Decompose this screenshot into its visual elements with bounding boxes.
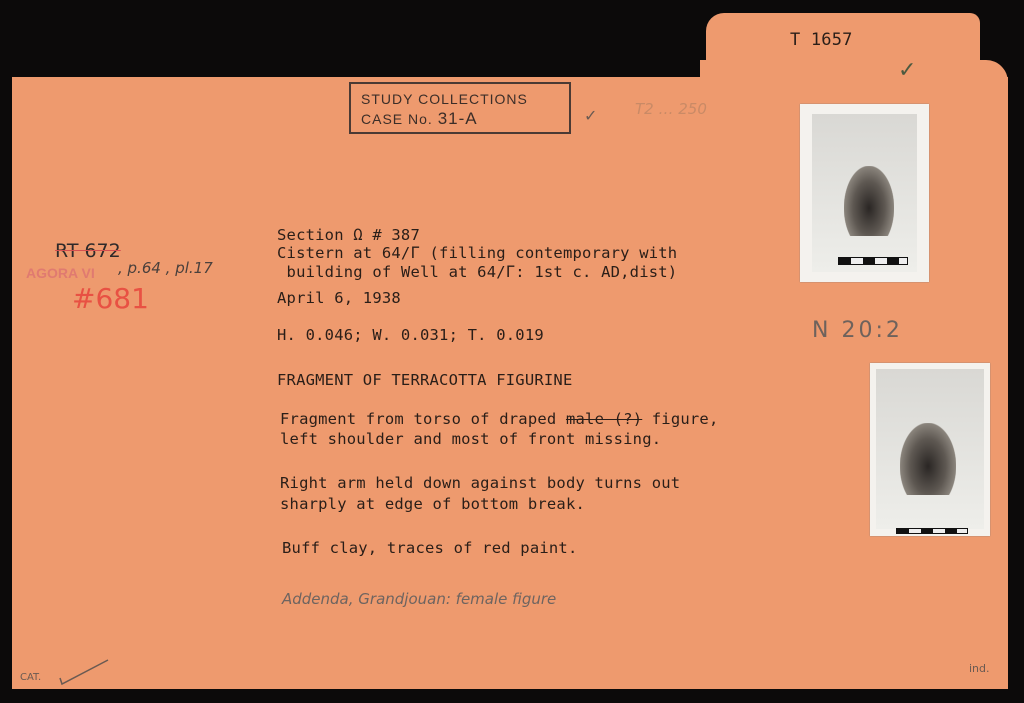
ind-mark: ind. <box>969 662 990 675</box>
stamp-line-1: STUDY COLLECTIONS <box>361 90 559 109</box>
figurine-image <box>900 423 956 495</box>
section-line: Section Ω # 387 <box>277 226 420 244</box>
photo-1 <box>800 104 929 282</box>
dimensions: H. 0.046; W. 0.031; T. 0.019 <box>277 326 544 344</box>
cat-check-icon <box>56 658 116 688</box>
cat-mark: CAT. <box>20 672 41 683</box>
stamp-line-2: CASE No. 31-A <box>361 109 559 129</box>
photo-2 <box>870 363 990 536</box>
struck-text: male (?) <box>566 410 642 428</box>
context-line-2: building of Well at 64/Γ: 1st c. AD,dist… <box>277 263 677 281</box>
description-2-line-2: sharply at edge of bottom break. <box>280 495 585 513</box>
agora-stamp: AGORA VI <box>26 265 95 281</box>
description-1-line-2: left shoulder and most of front missing. <box>280 430 661 448</box>
scale-bar <box>838 257 908 265</box>
grid-reference: N 20:2 <box>812 318 903 343</box>
context-line-1: Cistern at 64/Γ (filling contemporary wi… <box>277 244 677 262</box>
agora-page-ref: , p.64 , pl.17 <box>118 259 213 277</box>
case-number: 31-A <box>438 109 478 128</box>
red-inventory-number: #681 <box>72 282 149 315</box>
scale-bar <box>896 528 968 534</box>
stamp-check-mark: ✓ <box>584 106 597 125</box>
catalog-number: T 1657 <box>790 30 853 50</box>
object-title: FRAGMENT OF TERRACOTTA FIGURINE <box>277 371 573 389</box>
figurine-image <box>844 166 894 236</box>
faint-pencil-note: T2 … 250 <box>635 100 707 118</box>
card-tab-shoulder <box>980 60 1008 90</box>
tab-check-mark: ✓ <box>898 58 916 83</box>
rt-number: RT 672 <box>55 240 121 262</box>
addenda-note: Addenda, Grandjouan: female figure <box>282 590 556 608</box>
date-line: April 6, 1938 <box>277 289 401 307</box>
description-1-line-1: Fragment from torso of draped male (?) f… <box>280 410 719 428</box>
description-2-line-1: Right arm held down against body turns o… <box>280 474 680 492</box>
study-collections-stamp: STUDY COLLECTIONS CASE No. 31-A <box>349 82 571 134</box>
description-3: Buff clay, traces of red paint. <box>282 539 578 557</box>
